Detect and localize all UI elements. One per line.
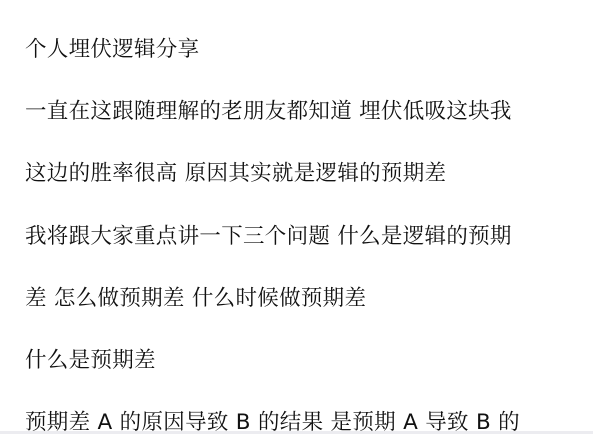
- paragraph-line: 差 怎么做预期差 什么时候做预期差: [25, 286, 366, 312]
- section-heading: 什么是预期差: [25, 348, 156, 374]
- paragraph-line: 我将跟大家重点讲一下三个问题 什么是逻辑的预期: [25, 224, 512, 250]
- document-title: 个人埋伏逻辑分享: [25, 37, 199, 63]
- paragraph-line: 一直在这跟随理解的老朋友都知道 埋伏低吸这块我: [25, 99, 512, 125]
- document-page: 个人埋伏逻辑分享 一直在这跟随理解的老朋友都知道 埋伏低吸这块我 这边的胜率很高…: [0, 0, 593, 434]
- paragraph-line: 这边的胜率很高 原因其实就是逻辑的预期差: [25, 161, 446, 187]
